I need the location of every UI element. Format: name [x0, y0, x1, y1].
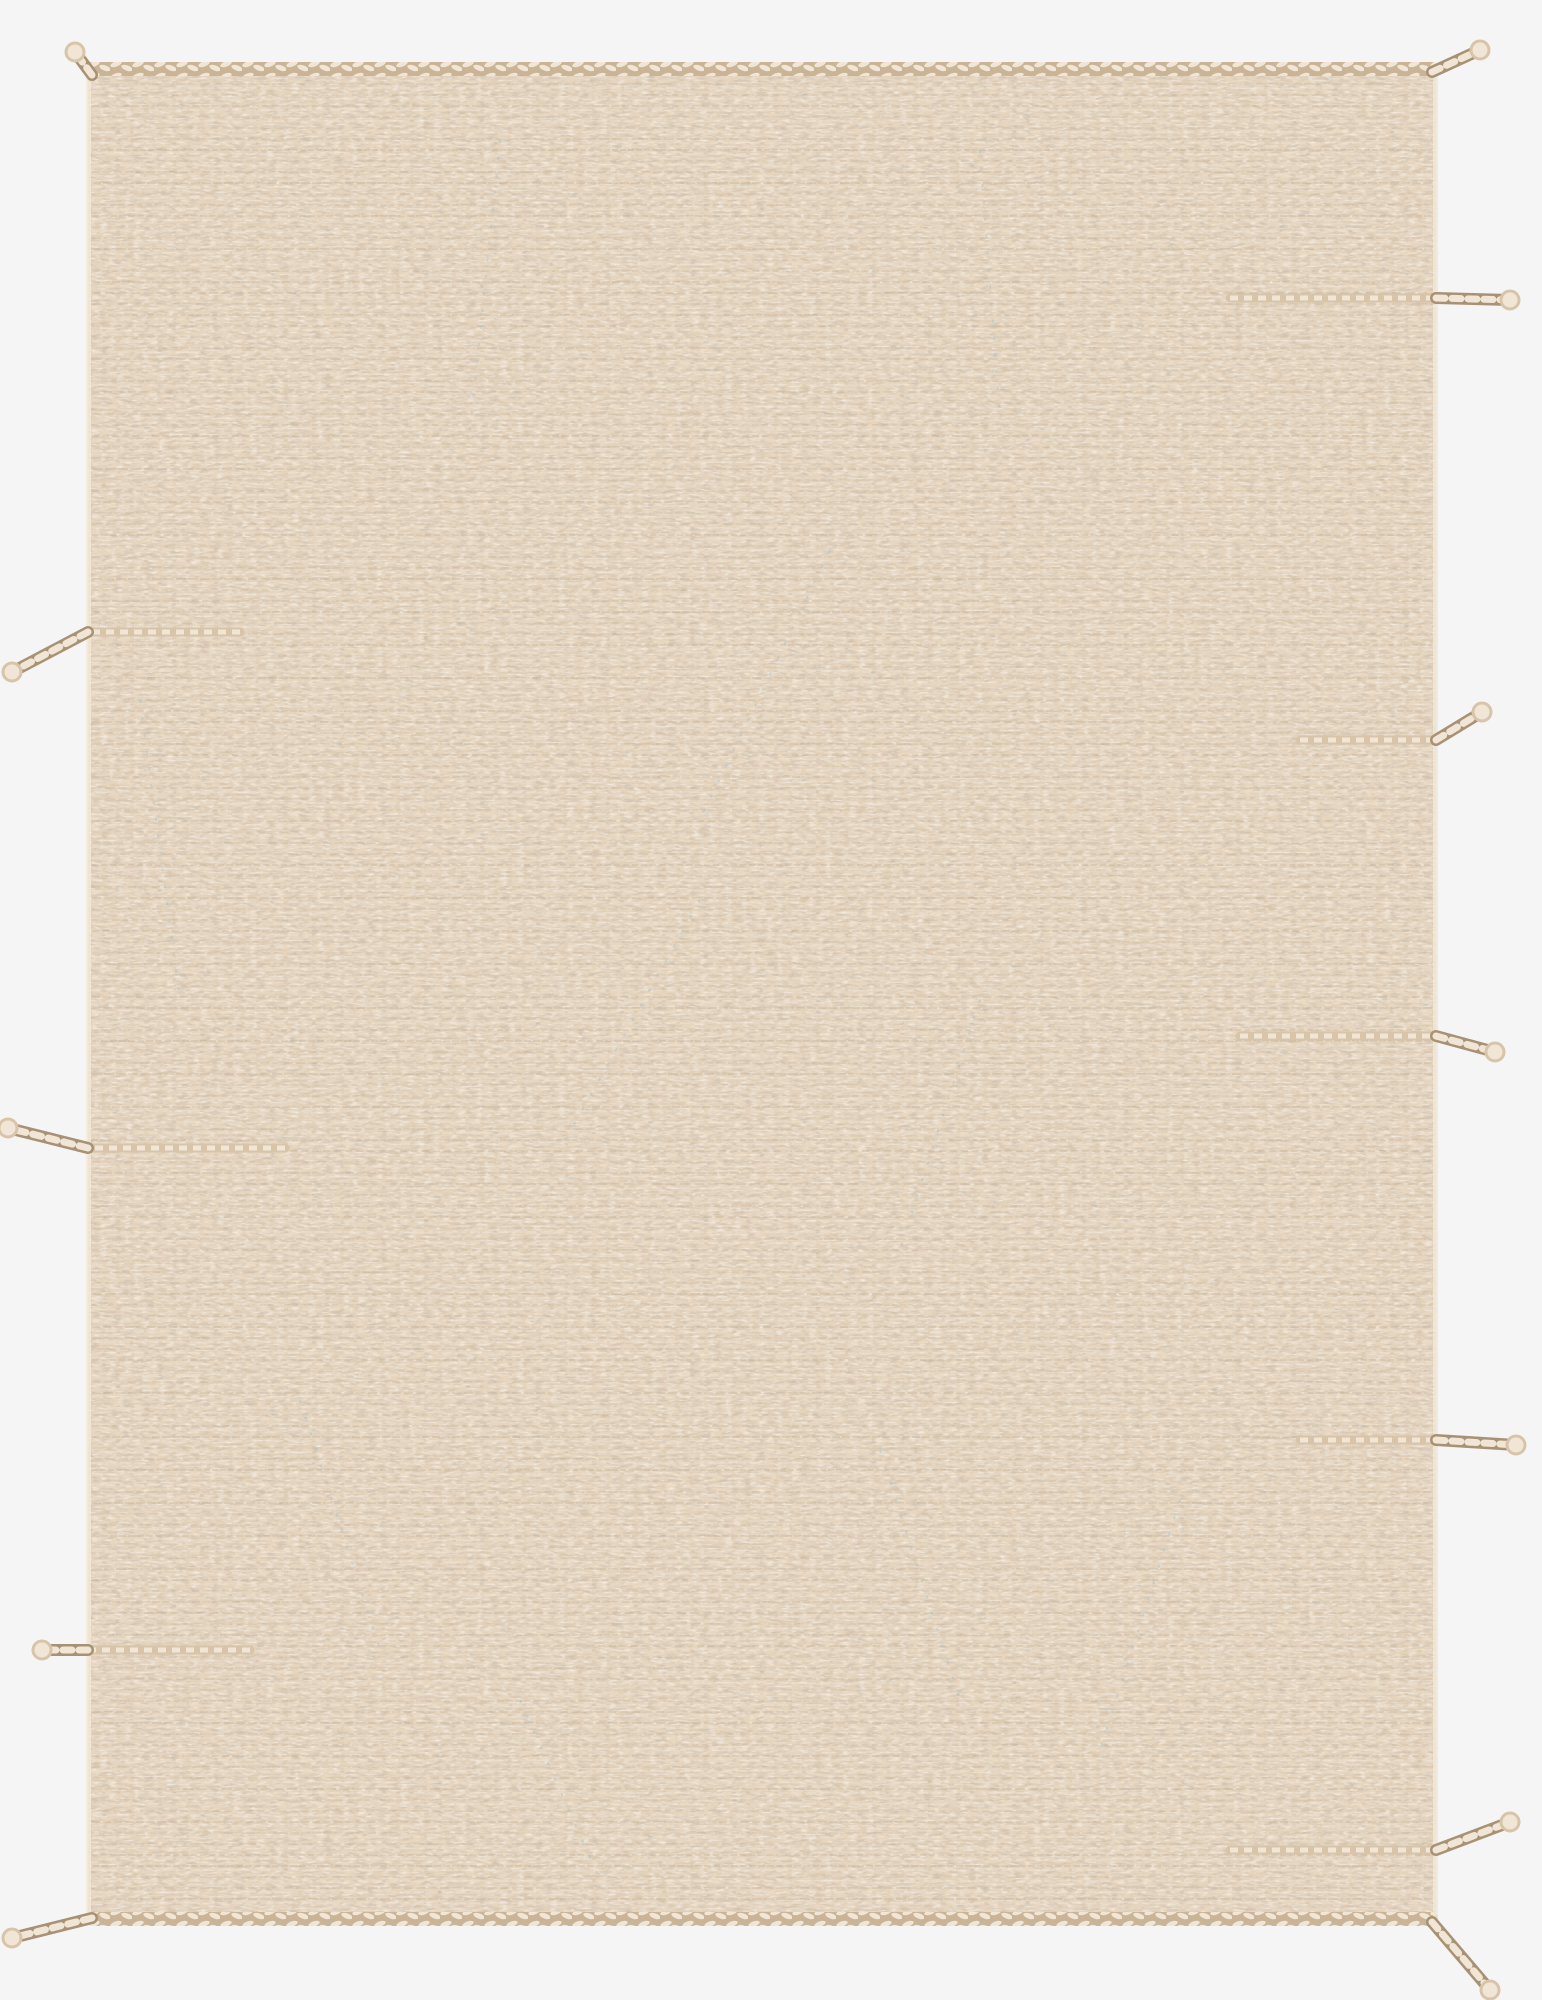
corner-tassel-top-right-tip: [1471, 41, 1489, 59]
side-tassel-4-tip: [1486, 1043, 1504, 1061]
rug-photo: [0, 0, 1542, 2000]
side-tassel-3-tip: [1473, 703, 1491, 721]
rug-illustration: [0, 0, 1542, 2000]
corner-tassel-bottom-right-tip: [1481, 1981, 1499, 1999]
corner-tassel-top-left-tip: [66, 43, 84, 61]
side-tassel-7-tip: [33, 1641, 51, 1659]
side-tassel-5-tip: [0, 1119, 17, 1137]
side-tassel-2-tip: [3, 663, 21, 681]
corner-tassel-bottom-left-tip: [3, 1929, 21, 1947]
side-tassel-6-tip: [1507, 1436, 1525, 1454]
side-tassel-8-tip: [1501, 1813, 1519, 1831]
top-braided-edge: [86, 62, 1438, 76]
bottom-braided-edge: [86, 1912, 1438, 1926]
left-selvedge: [86, 70, 91, 1920]
right-selvedge: [1433, 70, 1438, 1920]
side-tassel-1-tip: [1501, 291, 1519, 309]
